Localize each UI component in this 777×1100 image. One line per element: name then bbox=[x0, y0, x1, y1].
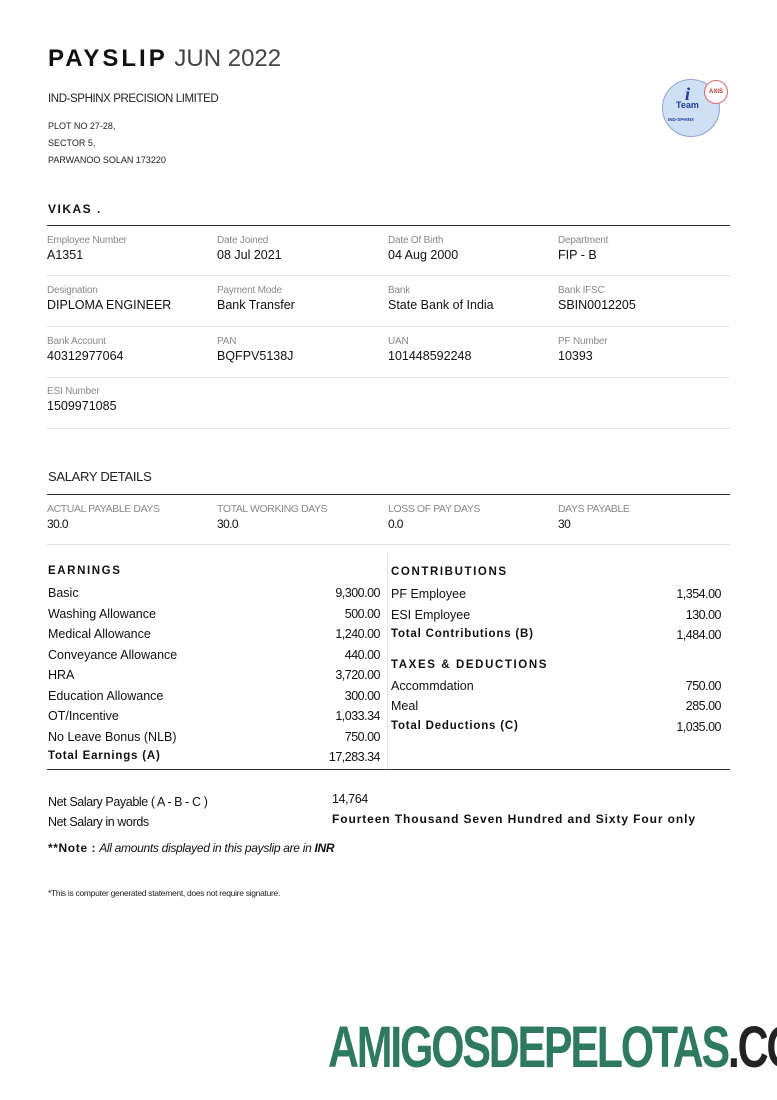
item-amount: 1,240.00 bbox=[335, 627, 380, 648]
field-label: UAN bbox=[388, 336, 553, 347]
total-amount: 17,283.34 bbox=[329, 750, 380, 771]
field-label: Department bbox=[558, 235, 723, 246]
total-name: Total Deductions (C) bbox=[391, 720, 519, 741]
field-label: Date Joined bbox=[217, 235, 382, 246]
item-amount: 130.00 bbox=[686, 608, 721, 629]
net-labels: Net Salary Payable ( A - B - C ) Net Sal… bbox=[48, 792, 207, 832]
total-name: Total Contributions (B) bbox=[391, 628, 534, 649]
item-name: ESI Employee bbox=[391, 608, 470, 629]
column-divider bbox=[387, 552, 388, 769]
note-currency: INR bbox=[315, 841, 335, 855]
field-value: 101448592248 bbox=[388, 349, 553, 363]
payslip-period: JUN 2022 bbox=[174, 45, 281, 72]
employee-field: DepartmentFIP - B bbox=[558, 235, 723, 262]
employee-field: BankState Bank of India bbox=[388, 285, 553, 312]
field-label: Date Of Birth bbox=[388, 235, 553, 246]
earnings-heading: EARNINGS bbox=[48, 565, 380, 577]
field-value: 10393 bbox=[558, 349, 723, 363]
field-value: DIPLOMA ENGINEER bbox=[47, 298, 212, 312]
line-item: PF Employee1,354.00 bbox=[391, 587, 721, 608]
item-name: PF Employee bbox=[391, 587, 466, 608]
field-label: Payment Mode bbox=[217, 285, 382, 296]
field-label: PF Number bbox=[558, 336, 723, 347]
net-payable-value: 14,764 bbox=[332, 792, 368, 806]
item-amount: 750.00 bbox=[686, 679, 721, 700]
employee-field: Date Joined08 Jul 2021 bbox=[217, 235, 382, 262]
divider bbox=[47, 544, 730, 545]
item-amount: 300.00 bbox=[345, 689, 380, 710]
address-line: PARWANOO SOLAN 173220 bbox=[48, 152, 166, 169]
employee-field: Date Of Birth04 Aug 2000 bbox=[388, 235, 553, 262]
item-name: Conveyance Allowance bbox=[48, 648, 177, 669]
field-value: FIP - B bbox=[558, 248, 723, 262]
line-item: Meal285.00 bbox=[391, 699, 721, 720]
item-amount: 9,300.00 bbox=[335, 586, 380, 607]
earnings-section: EARNINGS Basic9,300.00Washing Allowance5… bbox=[48, 565, 380, 771]
line-item: Conveyance Allowance440.00 bbox=[48, 648, 380, 669]
field-value: State Bank of India bbox=[388, 298, 553, 312]
field-value: Bank Transfer bbox=[217, 298, 382, 312]
contributions-heading: CONTRIBUTIONS bbox=[391, 566, 721, 578]
field-value: 30 bbox=[558, 517, 629, 531]
line-item: Medical Allowance1,240.00 bbox=[48, 627, 380, 648]
employee-field: ESI Number1509971085 bbox=[47, 386, 212, 413]
employee-name: VIKAS . bbox=[48, 202, 102, 216]
net-words-value: Fourteen Thousand Seven Hundred and Sixt… bbox=[332, 812, 696, 826]
field-value: A1351 bbox=[47, 248, 212, 262]
address-line: PLOT NO 27-28, bbox=[48, 118, 166, 135]
field-value: BQFPV5138J bbox=[217, 349, 382, 363]
note-prefix: **Note : bbox=[48, 841, 96, 855]
divider bbox=[47, 377, 730, 378]
net-payable-label: Net Salary Payable ( A - B - C ) bbox=[48, 792, 207, 812]
total-row: Total Deductions (C)1,035.00 bbox=[391, 720, 721, 741]
field-label: ACTUAL PAYABLE DAYS bbox=[47, 503, 160, 515]
salary-days-field: ACTUAL PAYABLE DAYS30.0 bbox=[47, 503, 160, 531]
total-name: Total Earnings (A) bbox=[48, 750, 161, 771]
total-row: Total Contributions (B)1,484.00 bbox=[391, 628, 721, 649]
watermark: AMIGOSDEPELOTAS.COM bbox=[328, 1013, 777, 1083]
field-label: LOSS OF PAY DAYS bbox=[388, 503, 480, 515]
employee-field: PF Number10393 bbox=[558, 336, 723, 363]
field-label: Bank Account bbox=[47, 336, 212, 347]
field-value: 30.0 bbox=[47, 517, 160, 531]
field-value: 30.0 bbox=[217, 517, 327, 531]
salary-days-field: TOTAL WORKING DAYS30.0 bbox=[217, 503, 327, 531]
currency-note: **Note : All amounts displayed in this p… bbox=[48, 841, 334, 855]
field-value: 08 Jul 2021 bbox=[217, 248, 382, 262]
payslip-title: PAYSLIP JUN 2022 bbox=[48, 44, 281, 74]
salary-details-title: SALARY DETAILS bbox=[48, 469, 151, 484]
field-value: SBIN0012205 bbox=[558, 298, 723, 312]
employee-field: Bank IFSCSBIN0012205 bbox=[558, 285, 723, 312]
divider bbox=[47, 275, 730, 276]
divider bbox=[47, 769, 730, 770]
field-label: PAN bbox=[217, 336, 382, 347]
item-amount: 750.00 bbox=[345, 730, 380, 751]
item-name: Education Allowance bbox=[48, 689, 163, 710]
company-name: IND-SPHINX PRECISION LIMITED bbox=[48, 93, 218, 105]
line-item: ESI Employee130.00 bbox=[391, 608, 721, 629]
divider bbox=[47, 428, 730, 429]
total-row: Total Earnings (A)17,283.34 bbox=[48, 750, 380, 771]
logo-team-text: Team bbox=[676, 100, 699, 110]
deductions-heading: TAXES & DEDUCTIONS bbox=[391, 659, 721, 671]
field-value: 04 Aug 2000 bbox=[388, 248, 553, 262]
line-item: Basic9,300.00 bbox=[48, 586, 380, 607]
logo-axis-badge: AXIS bbox=[704, 80, 728, 104]
line-item: Education Allowance300.00 bbox=[48, 689, 380, 710]
divider bbox=[47, 326, 730, 327]
line-item: OT/Incentive1,033.34 bbox=[48, 709, 380, 730]
item-name: Basic bbox=[48, 586, 79, 607]
item-name: Accommdation bbox=[391, 679, 474, 700]
employee-field: Employee NumberA1351 bbox=[47, 235, 212, 262]
line-item: Accommdation750.00 bbox=[391, 679, 721, 700]
item-amount: 440.00 bbox=[345, 648, 380, 669]
salary-days-field: DAYS PAYABLE30 bbox=[558, 503, 629, 531]
item-name: OT/Incentive bbox=[48, 709, 119, 730]
employee-field: Payment ModeBank Transfer bbox=[217, 285, 382, 312]
footer-disclaimer: *This is computer generated statement, d… bbox=[48, 888, 280, 898]
divider bbox=[47, 494, 730, 495]
logo-company-text: IND-SPHINX bbox=[668, 117, 694, 122]
line-item: HRA3,720.00 bbox=[48, 668, 380, 689]
contributions-section: CONTRIBUTIONS PF Employee1,354.00ESI Emp… bbox=[391, 566, 721, 740]
payslip-label: PAYSLIP bbox=[48, 45, 168, 72]
field-label: TOTAL WORKING DAYS bbox=[217, 503, 327, 515]
field-value: 40312977064 bbox=[47, 349, 212, 363]
employee-field: PANBQFPV5138J bbox=[217, 336, 382, 363]
field-label: Bank bbox=[388, 285, 553, 296]
company-address: PLOT NO 27-28, SECTOR 5, PARWANOO SOLAN … bbox=[48, 118, 166, 169]
note-text: All amounts displayed in this payslip ar… bbox=[99, 841, 311, 855]
watermark-main: AMIGOSDEPELOTAS bbox=[328, 1015, 728, 1080]
divider bbox=[47, 225, 730, 226]
field-label: ESI Number bbox=[47, 386, 212, 397]
item-name: No Leave Bonus (NLB) bbox=[48, 730, 177, 751]
field-label: Bank IFSC bbox=[558, 285, 723, 296]
field-label: Designation bbox=[47, 285, 212, 296]
item-amount: 1,354.00 bbox=[676, 587, 721, 608]
field-label: DAYS PAYABLE bbox=[558, 503, 629, 515]
address-line: SECTOR 5, bbox=[48, 135, 166, 152]
field-value: 0.0 bbox=[388, 517, 480, 531]
employee-field: UAN101448592248 bbox=[388, 336, 553, 363]
salary-days-field: LOSS OF PAY DAYS0.0 bbox=[388, 503, 480, 531]
item-name: Washing Allowance bbox=[48, 607, 156, 628]
item-name: Medical Allowance bbox=[48, 627, 151, 648]
item-amount: 500.00 bbox=[345, 607, 380, 628]
total-amount: 1,484.00 bbox=[676, 628, 721, 649]
item-name: Meal bbox=[391, 699, 418, 720]
total-amount: 1,035.00 bbox=[676, 720, 721, 741]
watermark-suffix: .COM bbox=[728, 1015, 777, 1080]
line-item: Washing Allowance500.00 bbox=[48, 607, 380, 628]
employee-field: DesignationDIPLOMA ENGINEER bbox=[47, 285, 212, 312]
line-item: No Leave Bonus (NLB)750.00 bbox=[48, 730, 380, 751]
item-amount: 1,033.34 bbox=[335, 709, 380, 730]
item-name: HRA bbox=[48, 668, 74, 689]
item-amount: 285.00 bbox=[686, 699, 721, 720]
field-value: 1509971085 bbox=[47, 399, 212, 413]
item-amount: 3,720.00 bbox=[335, 668, 380, 689]
employee-field: Bank Account40312977064 bbox=[47, 336, 212, 363]
net-words-label: Net Salary in words bbox=[48, 812, 207, 832]
field-label: Employee Number bbox=[47, 235, 212, 246]
